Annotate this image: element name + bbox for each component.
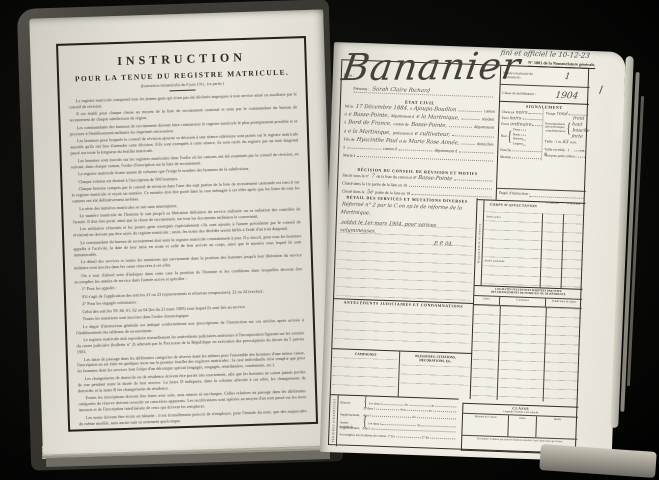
dotted-line xyxy=(519,132,526,136)
printed-label: à xyxy=(344,120,346,125)
printed-label: Fils de xyxy=(344,136,355,141)
signalement-left-column: Cheveux noirs Yeux noirs Front ordinaire xyxy=(500,108,543,160)
printed-label: à xyxy=(343,144,345,149)
printed-label: Marié à xyxy=(343,153,355,158)
localites-grid xyxy=(471,305,582,403)
dotted-line xyxy=(528,109,543,115)
visage-label: Visage xyxy=(546,111,556,115)
dotted-line xyxy=(459,147,493,153)
visage-value: rond xyxy=(556,112,568,117)
dotted-line xyxy=(458,106,482,112)
cheveux-value: noirs xyxy=(515,110,528,115)
localites-grid-divider xyxy=(497,306,501,400)
services-margin-note: P. P. 04. xyxy=(434,241,454,248)
handwritten-entry: e Basse-Pointe, xyxy=(348,112,390,119)
complementary-label: Renseignements physionomiques complément… xyxy=(545,122,566,134)
taille-label: Taille : 1 m. xyxy=(545,139,562,144)
printed-label: de la liste du canton d xyxy=(376,174,411,180)
corps-col2-header: N° de la liste xyxy=(563,203,583,206)
matricule-info-box: Numéro matricule du recrutement : 1 Clas… xyxy=(499,66,590,105)
supplementaire-label: Supplémentaire xyxy=(339,426,361,431)
handwritten-entry: 7 xyxy=(371,173,375,179)
corps-grid: N° matricule N° de la liste Armée active… xyxy=(482,211,586,288)
printed-label: canton d xyxy=(383,146,397,151)
dotted-line xyxy=(523,142,526,146)
corps-col1-header: N° matricule xyxy=(542,202,562,205)
antecedents-section: ANTÉCÉDENTS JUDICIAIRES ET CONDAMNATIONS xyxy=(332,298,474,353)
handwritten-entry: Bord de France, xyxy=(347,120,391,127)
printed-label: 2° En xyxy=(422,435,430,439)
left-page: INSTRUCTION POUR LA TENUE DU REGISTRE MA… xyxy=(29,9,337,454)
dotted-line xyxy=(461,115,480,121)
dotted-line xyxy=(347,143,381,149)
printed-label: profession d xyxy=(393,130,413,136)
printed-label: du xyxy=(400,407,403,411)
printed-label: Né le xyxy=(345,103,354,108)
handwritten-entry: Hyacinthe Paul xyxy=(356,137,398,144)
matricule-number-value: 1 xyxy=(544,71,591,83)
brace-glyph: { xyxy=(363,395,368,410)
brace-glyph: { xyxy=(507,129,512,144)
dotted-line xyxy=(568,110,587,116)
handwritten-entry: e cultivateur, xyxy=(414,130,450,137)
dotted-line xyxy=(530,192,584,199)
handwritten-entry: e Basse-Pointe xyxy=(413,175,453,182)
complementary-value: bouche forte xyxy=(571,129,590,141)
surname-handwritten: Bananier xyxy=(339,48,520,87)
classe-col1-header: Décision du Conseil xyxy=(462,414,509,437)
localites-col-subdivision: Subdivision de région xyxy=(546,299,582,308)
printed-label: au xyxy=(429,408,432,412)
bouche-label: Bouche xyxy=(500,148,511,152)
right-page: fini et officiel le 10-12-23 N° 1801 de … xyxy=(320,42,626,462)
corps-affectation-section: Disponibilité et réserve CORPS D'AFFECTA… xyxy=(475,199,586,289)
services-handwritten-entry: Réformé n° 2 par la C.on sp.le de réform… xyxy=(340,201,473,220)
corps-main: CORPS D'AFFECTATION N° matricule N° de l… xyxy=(482,200,586,288)
corps-column-divider xyxy=(540,213,544,287)
dotted-line xyxy=(376,404,399,410)
dotted-line xyxy=(512,147,541,153)
front-label: Front xyxy=(501,122,509,126)
canton-label: Accomplies aux hommes du canton xyxy=(339,432,386,438)
instruction-title: INSTRUCTION xyxy=(67,48,295,70)
handwritten-entry: e la Martinique, xyxy=(347,128,391,135)
dotted-line xyxy=(452,131,494,137)
printed-label: domiciliés xyxy=(477,141,494,147)
blessures-grid xyxy=(400,364,470,390)
corps-side-label: Disponibilité et réserve xyxy=(476,223,481,263)
ruled-lines xyxy=(336,223,473,301)
title-divider xyxy=(170,90,196,92)
spacer xyxy=(340,408,362,409)
periodes-section: PÉRIODES D'EXERCICES Réserve { 1re dans … xyxy=(329,394,459,450)
signalement-right-column: Visage rond Renseignements physionomique… xyxy=(541,109,587,161)
corps-row-label: Armée active xyxy=(486,215,501,219)
classe-col3-header: Motifs xyxy=(536,416,578,438)
taille-value: 65 xyxy=(563,140,570,145)
complementary-value: front haut xyxy=(571,117,590,129)
instruction-body: Le registre matricule comprend tous les … xyxy=(69,91,308,431)
prenoms-handwritten: Sarah Claire Richard xyxy=(372,86,431,94)
printed-label: d xyxy=(344,128,346,133)
printed-label: département d xyxy=(435,148,458,154)
dotted-line xyxy=(404,405,427,411)
blessures-column: BLESSURES, CITATIONS, DÉCORATIONS, Etc. xyxy=(399,352,472,399)
dotted-line xyxy=(372,411,412,417)
signalement-section: SIGNALEMENT Cheveux noirs Yeux noirs Fro… xyxy=(496,102,589,191)
mobilisation-class-label: Classe de mobilisation : xyxy=(500,90,544,98)
corps-row-label: Armée territoriale xyxy=(484,259,504,263)
dotted-line xyxy=(396,432,421,438)
matricule-form: Nom : Bananier Prénoms : Sarah Claire Ri… xyxy=(328,59,589,453)
reserve-label: Réserve xyxy=(340,400,362,405)
handwritten-entry: Basse-Pointe, xyxy=(410,122,447,129)
handwritten-entry: e la Martinique, xyxy=(416,114,460,121)
localites-grid-divider xyxy=(543,308,547,402)
brace-glyph: { xyxy=(566,121,571,136)
dotted-line xyxy=(532,121,542,126)
campagnes-grid xyxy=(332,358,398,390)
antecedents-header: ANTÉCÉDENTS JUDICIAIRES ET CONDAMNATIONS xyxy=(338,300,469,309)
printed-label: département d xyxy=(391,113,414,119)
printed-label: Classé dans la 1re partie de la liste en… xyxy=(342,181,407,188)
periodes-side-label: PÉRIODES D'EXERCICES xyxy=(331,399,337,443)
printed-label: du xyxy=(412,415,415,419)
matricule-number-label: Numéro matricule du recrutement : xyxy=(501,70,545,82)
menton-label: Menton xyxy=(500,154,511,158)
dotted-line xyxy=(455,175,493,181)
nez-label: Nez xyxy=(501,134,507,138)
services-section: DÉTAIL DES SERVICES ET MUTATIONS DIVERSE… xyxy=(334,193,478,303)
corps-column-divider xyxy=(561,214,565,288)
signalement-columns: Cheveux noirs Yeux noirs Front ordinaire xyxy=(500,108,587,162)
complementary-group: Renseignements physionomiques complément… xyxy=(545,116,587,141)
printed-label: et de xyxy=(399,138,407,143)
nez-items: Dos Base Hauteur Largeur xyxy=(513,127,527,147)
handwritten-entry: Ajoupa-Bouillon xyxy=(413,106,457,113)
dotted-line xyxy=(512,153,541,159)
taille-unit: cent. xyxy=(570,140,577,144)
dotted-line xyxy=(399,145,433,151)
dotted-line xyxy=(416,413,456,419)
classe-col2-header: Dates xyxy=(508,415,537,437)
printed-label: d xyxy=(344,112,346,117)
corps-header: CORPS D'AFFECTATION xyxy=(484,202,542,208)
printed-label: à xyxy=(410,106,412,111)
classe-box-table: Décision du Conseil Dates Motifs xyxy=(462,413,578,439)
nez-group: Nez { Dos Base Hauteur Largeur xyxy=(500,126,542,147)
dotted-line xyxy=(433,406,456,412)
etat-civil-section: ÉTAT CIVIL Né le 17 Décembre 1884, à Ajo… xyxy=(339,96,499,171)
brace-glyph: { xyxy=(363,415,368,430)
dotted-line xyxy=(574,147,577,152)
campagnes-column: CAMPAGNES xyxy=(331,349,401,396)
localites-col-communes: Communes xyxy=(500,297,546,307)
dotted-line xyxy=(523,137,526,141)
ruled-lines xyxy=(334,311,470,351)
localites-col-dates: Dates xyxy=(474,296,500,305)
blessures-header: BLESSURES, CITATIONS, DÉCORATIONS, Etc. xyxy=(401,354,470,365)
printed-label: canton xyxy=(484,108,495,113)
instruction-frame: INSTRUCTION POUR LA TENUE DU REGISTRE MA… xyxy=(56,36,318,432)
printed-label: Inscrit sous le n° xyxy=(342,172,369,178)
signalement-row: Menton xyxy=(500,152,541,160)
localites-section: LOCALITÉS SUCCESSIVES HABITÉES PAR SUITE… xyxy=(470,285,582,407)
printed-label: département xyxy=(474,124,494,130)
dotted-line xyxy=(462,139,475,144)
cheveux-label: Cheveux xyxy=(502,110,515,114)
degre-instruction-label: Degré d'instruction : xyxy=(499,191,530,199)
dotted-line xyxy=(430,434,455,440)
printed-label: 1° En xyxy=(387,434,395,438)
dotted-line xyxy=(449,122,473,128)
printed-label: canton de xyxy=(393,122,409,128)
prenoms-label: Prénoms : xyxy=(353,86,369,92)
campagnes-table: CAMPAGNES BLESSURES, CITATIONS, DÉCORATI… xyxy=(331,348,473,399)
marques-label: Marques particulières : xyxy=(544,154,577,159)
periodes-main: Réserve { 1re dans l du au 2e dans l du … xyxy=(337,395,459,450)
bottom-right-page-stack xyxy=(539,444,657,478)
yeux-label: Yeux xyxy=(501,116,509,120)
stray-ink-mark xyxy=(599,85,603,94)
supplementaire-label: Supplémentaire xyxy=(340,412,362,417)
complementary-values: front haut bouche forte xyxy=(572,117,590,141)
dotted-line xyxy=(578,153,585,158)
printed-label: résidant xyxy=(482,116,495,121)
mobilisation-class-value: 1904 xyxy=(543,90,590,102)
campagnes-header: CAMPAGNES xyxy=(333,351,398,358)
yeux-value: noirs xyxy=(509,116,522,121)
